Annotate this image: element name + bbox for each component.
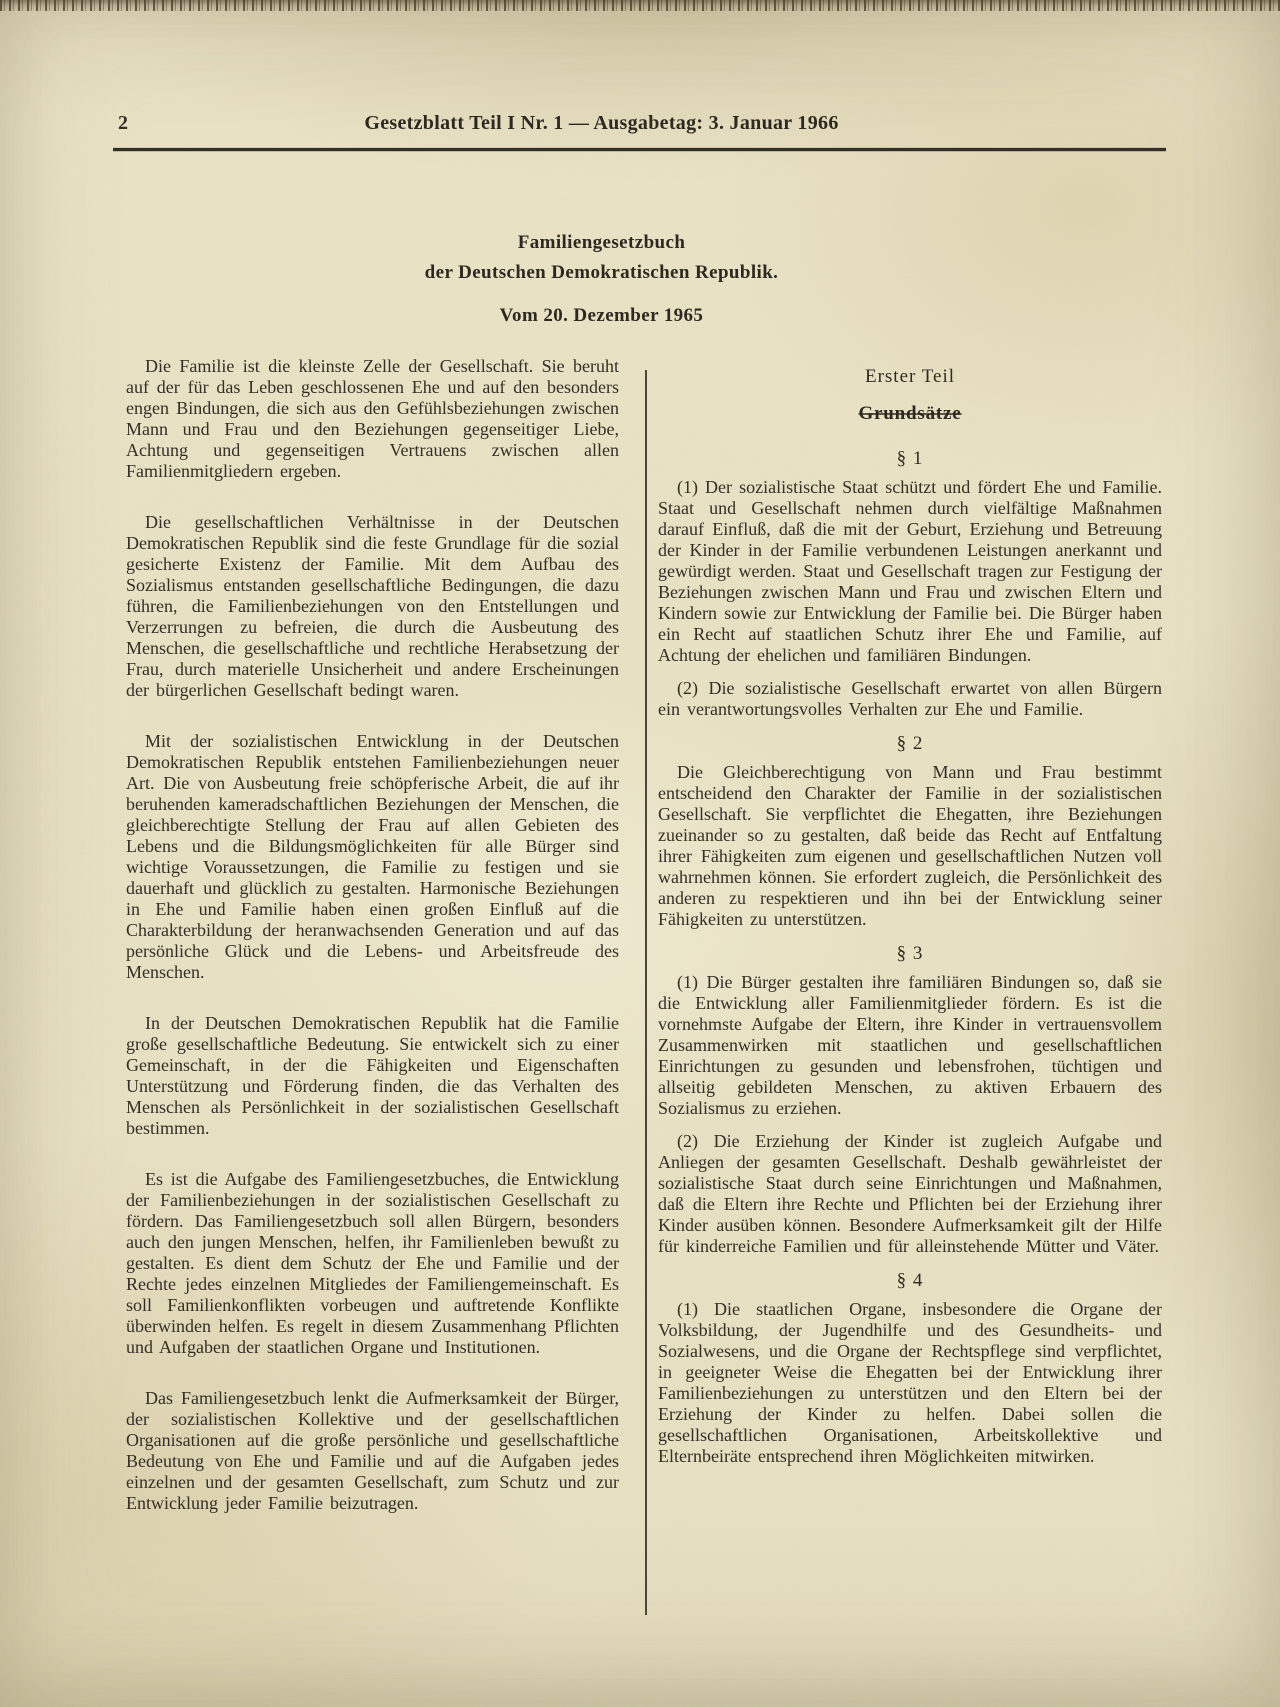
document-title-block: Familiengesetzbuch der Deutschen Demokra… (113, 228, 1090, 331)
preamble-paragraph-4: In der Deutschen Demokratischen Republik… (126, 1013, 619, 1139)
preamble-paragraph-6: Das Familiengesetzbuch lenkt die Aufmerk… (126, 1388, 619, 1514)
section-1-paragraph-2: (2) Die sozialistische Gesellschaft erwa… (658, 678, 1162, 720)
chapter-heading: Grundsätze (658, 403, 1162, 424)
section-4-label: § 4 (658, 1270, 1162, 1291)
section-1-paragraph-1: (1) Der sozialistische Staat schützt und… (658, 477, 1162, 666)
right-column: Erster Teil Grundsätze § 1 (1) Der sozia… (658, 366, 1162, 1479)
gazette-page: 2 Gesetzblatt Teil I Nr. 1 — Ausgabetag:… (0, 0, 1280, 1707)
section-1-label: § 1 (658, 448, 1162, 469)
preamble-paragraph-5: Es ist die Aufgabe des Familiengesetzbuc… (126, 1169, 619, 1358)
section-3-paragraph-2: (2) Die Erziehung der Kinder ist zugleic… (658, 1131, 1162, 1257)
paper-top-edge (0, 0, 1280, 11)
running-header: Gesetzblatt Teil I Nr. 1 — Ausgabetag: 3… (113, 112, 1090, 135)
left-column: Die Familie ist die kleinste Zelle der G… (126, 356, 619, 1544)
section-4-paragraph-1: (1) Die staatlichen Organe, insbesondere… (658, 1299, 1162, 1467)
column-divider-rule (645, 370, 647, 1615)
section-2-label: § 2 (658, 733, 1162, 754)
part-heading: Erster Teil (658, 366, 1162, 387)
header-rule (113, 148, 1166, 151)
document-title-line2: der Deutschen Demokratischen Republik. (113, 258, 1090, 288)
document-date-line: Vom 20. Dezember 1965 (113, 301, 1090, 331)
preamble-paragraph-2: Die gesellschaftlichen Verhältnisse in d… (126, 512, 619, 701)
section-2-paragraph-1: Die Gleichberechtigung von Mann und Frau… (658, 762, 1162, 930)
preamble-paragraph-3: Mit der sozialistischen Entwicklung in d… (126, 731, 619, 983)
section-3-label: § 3 (658, 943, 1162, 964)
preamble-paragraph-1: Die Familie ist die kleinste Zelle der G… (126, 356, 619, 482)
document-title-line1: Familiengesetzbuch (113, 228, 1090, 258)
section-3-paragraph-1: (1) Die Bürger gestalten ihre familiären… (658, 972, 1162, 1119)
